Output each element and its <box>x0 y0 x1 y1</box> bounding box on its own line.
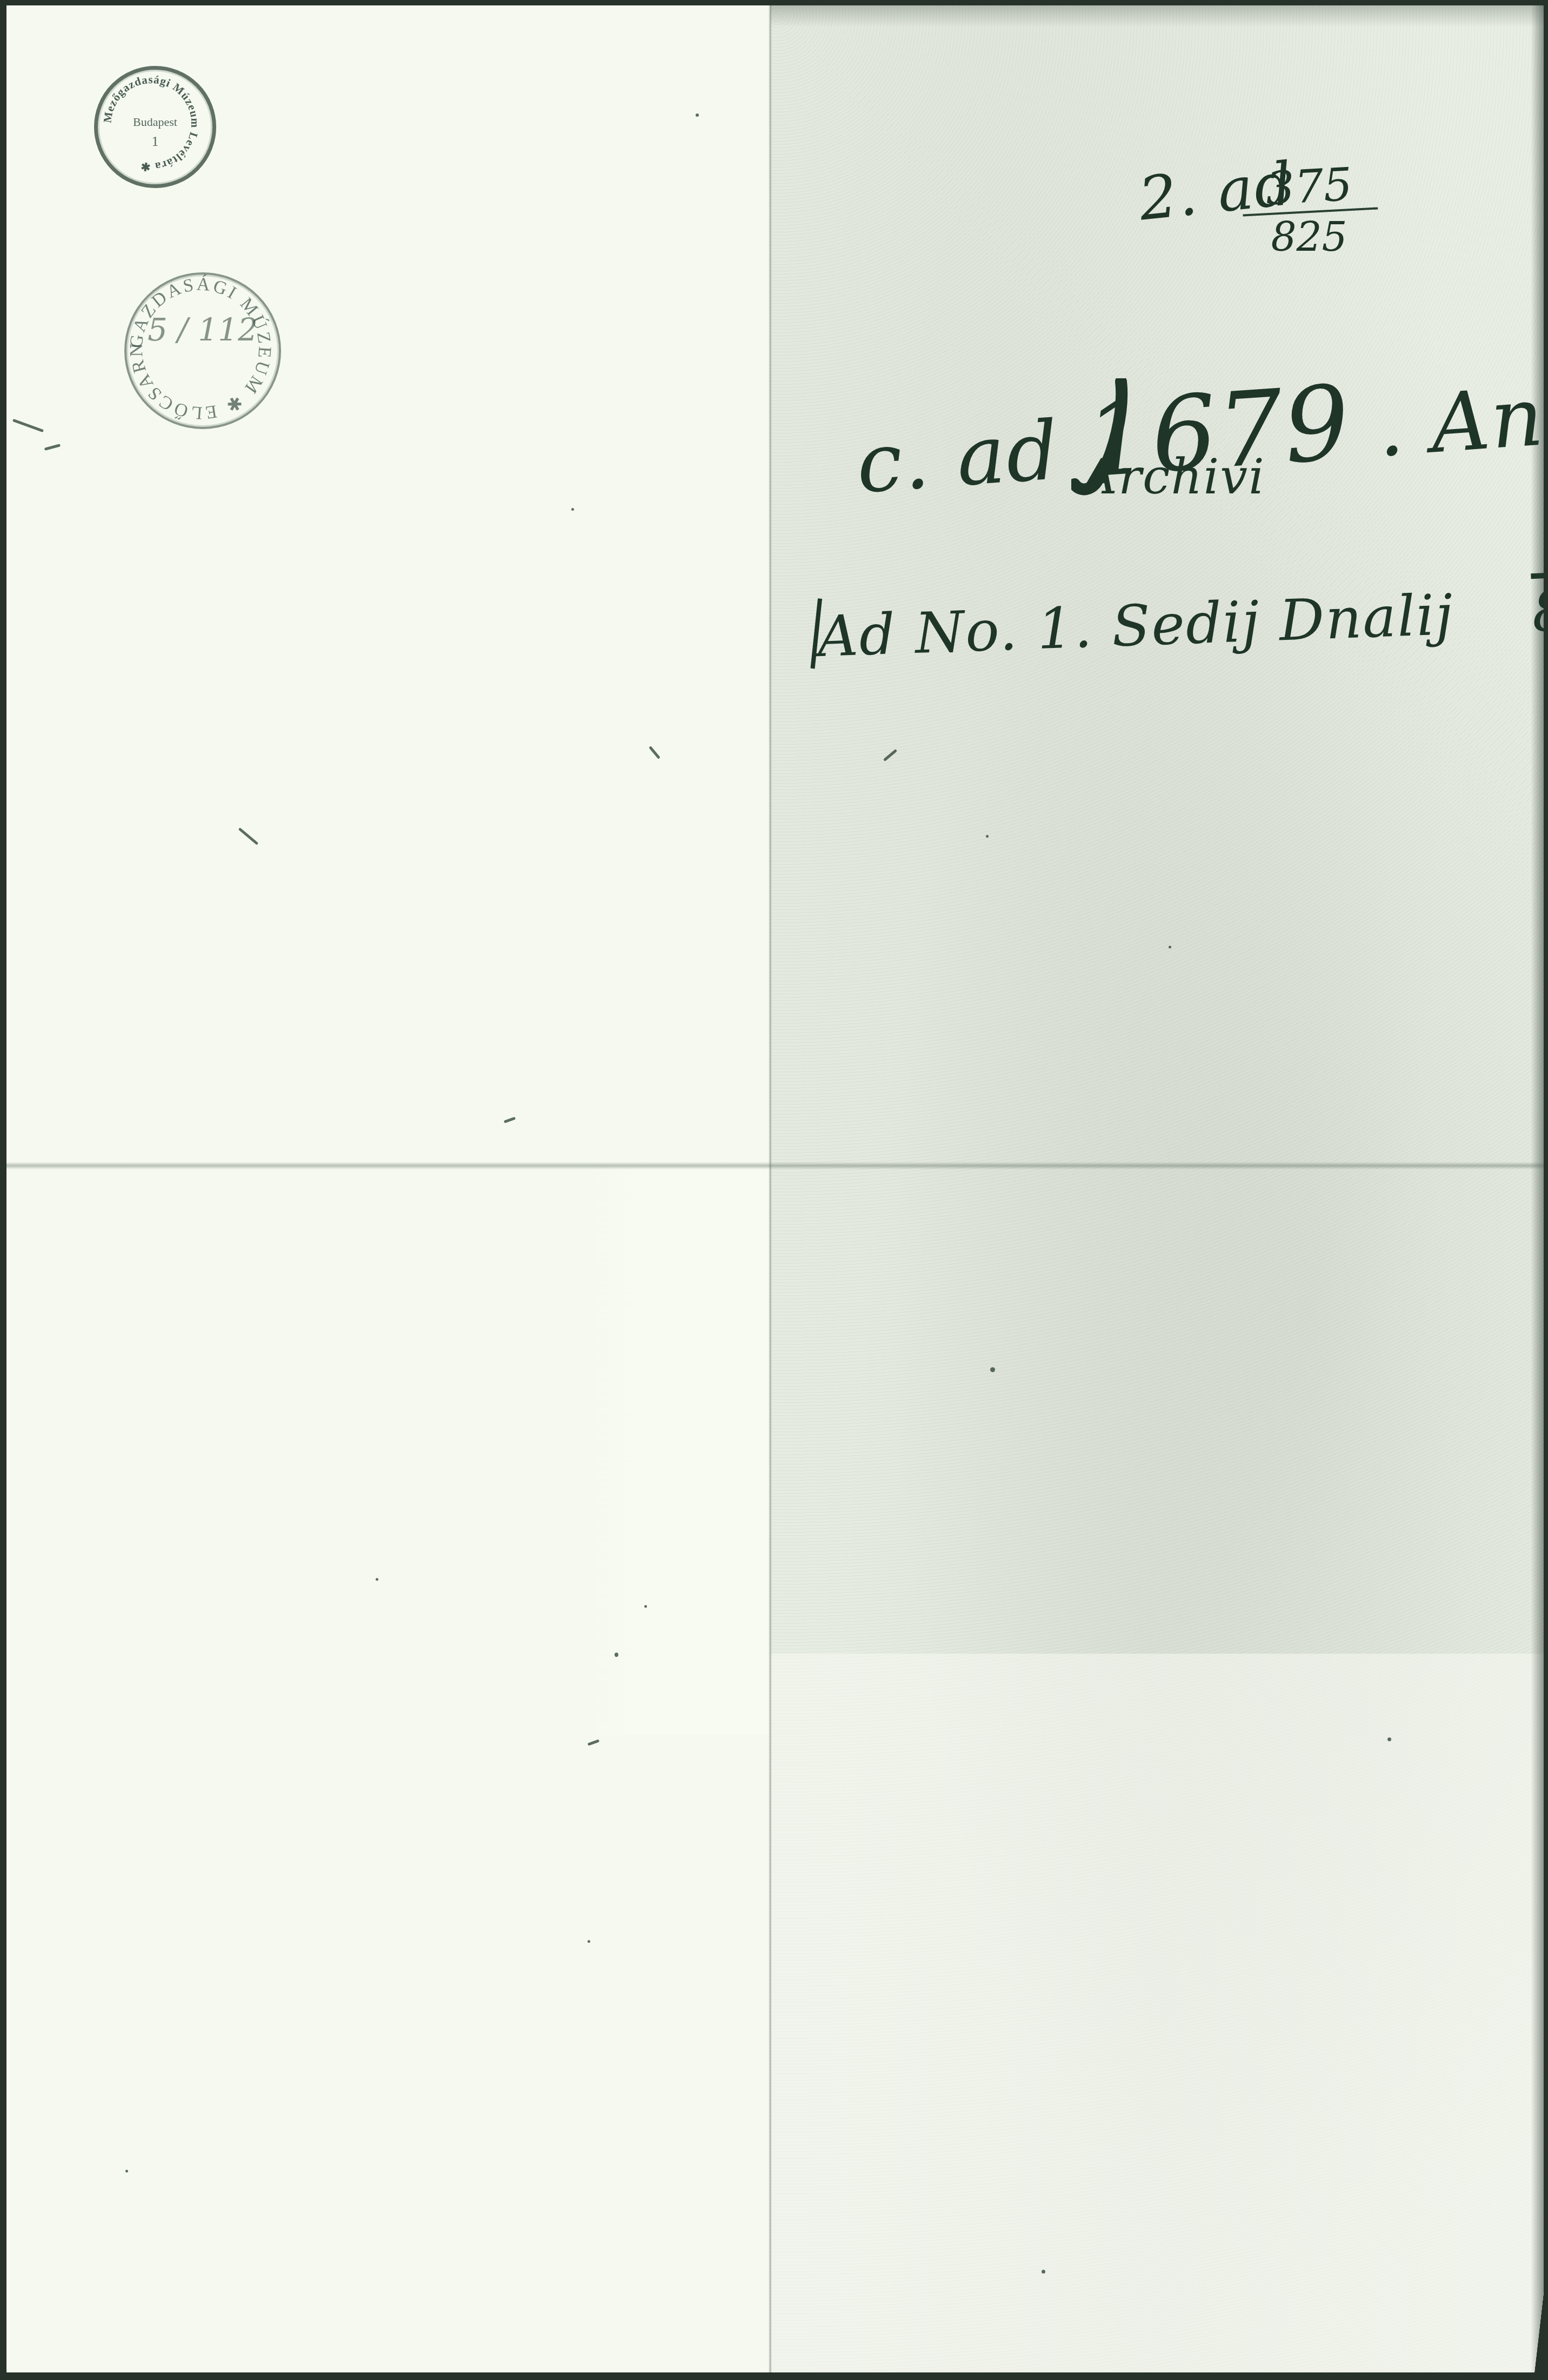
sedes-number: 822. <box>1531 574 1544 645</box>
ink-speck <box>588 1940 590 1943</box>
ink-speck <box>696 113 699 117</box>
archive-year: . Anni 1831 <box>1374 347 1544 475</box>
gazdasagi-muzeum-stamp: GAZDASÁGI MÚZEUM ✱ ELŐCSARN 5 / 112 <box>124 272 281 429</box>
museum-archive-stamp: Mezőgazdasági Múzeum Levéltára ✱ Budapes… <box>94 66 216 188</box>
reference-fraction: 375 825 <box>1242 162 1377 262</box>
archive-sub-label: Archivi <box>1082 449 1265 505</box>
stamp-handwritten-number: 5 / 112 <box>126 312 279 347</box>
stamp-city: Budapest <box>98 115 212 129</box>
ink-speck <box>376 1578 378 1581</box>
ink-speck <box>986 835 989 838</box>
ink-speck <box>1387 1737 1391 1741</box>
ink-speck <box>615 1653 618 1657</box>
vertical-fold-line <box>769 5 772 2372</box>
horizontal-fold-line <box>6 1162 1544 1169</box>
reference-denominator: 825 <box>1242 213 1377 262</box>
stamp-number: 1 <box>98 133 212 150</box>
stamp-ring-text-icon: GAZDASÁGI MÚZEUM ✱ ELŐCSARN <box>126 275 275 423</box>
document-sheet: Mezőgazdasági Múzeum Levéltára ✱ Budapes… <box>6 5 1544 2372</box>
ink-speck <box>571 508 574 511</box>
light-patch-right <box>770 1654 1544 2372</box>
ink-speck <box>1042 2270 1045 2274</box>
ink-speck <box>990 1367 995 1372</box>
light-patch <box>590 1167 770 1735</box>
ink-speck <box>1169 946 1171 948</box>
top-edge-shadow <box>770 5 1544 27</box>
ink-speck <box>125 2170 128 2172</box>
ink-speck <box>644 1605 647 1608</box>
reference-numerator: 375 <box>1240 159 1378 217</box>
svg-text:GAZDASÁGI MÚZEUM ✱ ELŐCSARN: GAZDASÁGI MÚZEUM ✱ ELŐCSARN <box>126 275 275 423</box>
archive-prefix: c. ad <box>853 404 1062 512</box>
